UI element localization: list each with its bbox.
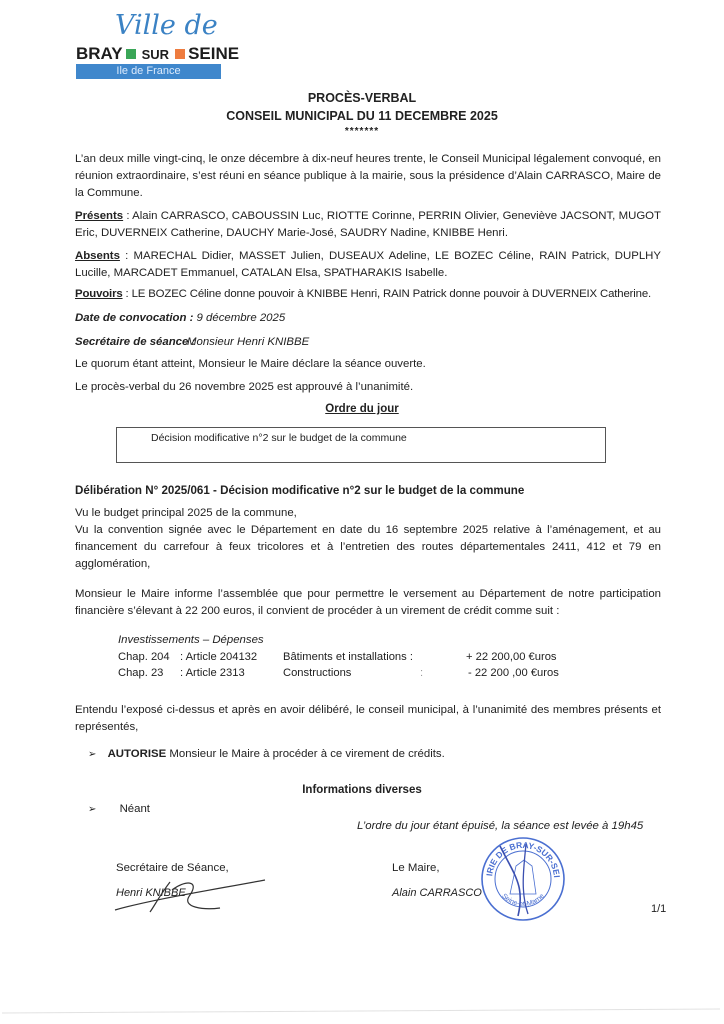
absents-paragraph: Absents : MARECHAL Didier, MASSET Julien… bbox=[75, 248, 661, 282]
presents-label: Présents bbox=[75, 210, 123, 222]
deliberation-title: Délibération N° 2025/061 - Décision modi… bbox=[75, 482, 661, 499]
secretaire-name: Monsieur Henri KNIBBE bbox=[187, 334, 309, 351]
budget-label: Bâtiments et installations : bbox=[283, 651, 413, 663]
secretaire-line: Secrétaire de séance : Monsieur Henri KN… bbox=[75, 334, 661, 351]
agenda-heading: Ordre du jour bbox=[0, 403, 724, 415]
title-separator: ******* bbox=[0, 126, 724, 137]
pouvoirs-label: Pouvoirs bbox=[75, 288, 123, 300]
green-square-icon bbox=[126, 49, 136, 59]
agenda-item: Décision modificative n°2 sur le budget … bbox=[151, 432, 407, 444]
logo-region-band: Ile de France bbox=[76, 64, 221, 79]
convocation-date: 9 décembre 2025 bbox=[193, 312, 285, 324]
deliberation-vu-budget: Vu le budget principal 2025 de la commun… bbox=[75, 505, 661, 522]
intro-paragraph: L’an deux mille vingt-cinq, le onze déce… bbox=[75, 151, 661, 202]
approval-text: Le procès-verbal du 26 novembre 2025 est… bbox=[75, 379, 661, 396]
convocation-label: Date de convocation : bbox=[75, 312, 193, 324]
pouvoirs-list: : LE BOZEC Céline donne pouvoir à KNIBBE… bbox=[123, 288, 652, 300]
logo-word-sur: SUR bbox=[142, 47, 169, 62]
pouvoirs-paragraph: Pouvoirs : LE BOZEC Céline donne pouvoir… bbox=[75, 286, 661, 303]
arrow-bullet-icon: ➢ bbox=[88, 749, 96, 760]
budget-chapter: Chap. 204 bbox=[118, 651, 170, 663]
budget-article: : Article 2313 bbox=[180, 667, 245, 679]
deliberation-conclusion: Entendu l’exposé ci-dessus et après en a… bbox=[75, 702, 661, 736]
orange-square-icon bbox=[175, 49, 185, 59]
convocation-line: Date de convocation : 9 décembre 2025 bbox=[75, 310, 661, 327]
logo-word-bray: BRAY bbox=[76, 44, 123, 64]
presents-paragraph: Présents : Alain CARRASCO, CABOUSSIN Luc… bbox=[75, 208, 661, 242]
svg-text:Seine-et-Marne: Seine-et-Marne bbox=[500, 893, 546, 908]
mayor-stamp-icon: MAIRIE DE BRAY-SUR-SEINE Seine-et-Marne bbox=[480, 836, 566, 922]
budget-amount: + 22 200,00 €uros bbox=[466, 651, 557, 663]
absents-label: Absents bbox=[75, 250, 120, 262]
page-number: 1/1 bbox=[651, 903, 666, 915]
decision-text: Monsieur le Maire à procéder à ce vireme… bbox=[166, 748, 445, 760]
logo-wordmark: BRAY SUR SEINE bbox=[76, 44, 239, 64]
logo-script-text: Ville de bbox=[115, 10, 218, 41]
budget-article: : Article 204132 bbox=[180, 651, 257, 663]
mayor-name: Alain CARRASCO bbox=[392, 887, 482, 899]
closing-statement: L’ordre du jour étant épuisé, la séance … bbox=[357, 820, 643, 832]
quorum-text: Le quorum étant atteint, Monsieur le Mai… bbox=[75, 356, 661, 373]
deliberation-info: Monsieur le Maire informe l’assemblée qu… bbox=[75, 586, 661, 620]
absents-list: : MARECHAL Didier, MASSET Julien, DUSEAU… bbox=[75, 250, 661, 279]
budget-label: Constructions bbox=[283, 667, 351, 679]
budget-amount: - 22 200 ,00 €uros bbox=[468, 667, 559, 679]
stamp-bottom-text: Seine-et-Marne bbox=[500, 893, 546, 908]
informations-text: Néant bbox=[120, 803, 150, 815]
informations-item: ➢ Néant bbox=[88, 803, 150, 815]
budget-heading: Investissements – Dépenses bbox=[118, 634, 264, 646]
page-edge-divider bbox=[0, 1007, 724, 1015]
logo-word-seine: SEINE bbox=[188, 44, 239, 64]
deliberation-vu-convention: Vu la convention signée avec le Départem… bbox=[75, 522, 661, 573]
agenda-box: Décision modificative n°2 sur le budget … bbox=[116, 427, 606, 463]
document-title: PROCÈS-VERBAL bbox=[0, 91, 724, 105]
budget-separator: : bbox=[420, 667, 423, 679]
informations-heading: Informations diverses bbox=[0, 784, 724, 796]
budget-chapter: Chap. 23 bbox=[118, 667, 163, 679]
decision-keyword: AUTORISE bbox=[108, 748, 167, 760]
presents-list: : Alain CARRASCO, CABOUSSIN Luc, RIOTTE … bbox=[75, 210, 661, 239]
secretary-signature-icon bbox=[110, 870, 270, 915]
secretaire-label: Secrétaire de séance : bbox=[75, 336, 195, 348]
mayor-title: Le Maire, bbox=[392, 862, 439, 874]
document-subtitle: CONSEIL MUNICIPAL DU 11 DECEMBRE 2025 bbox=[0, 109, 724, 123]
decision-line: ➢ AUTORISE Monsieur le Maire à procéder … bbox=[88, 748, 445, 760]
arrow-bullet-icon: ➢ bbox=[88, 804, 96, 815]
